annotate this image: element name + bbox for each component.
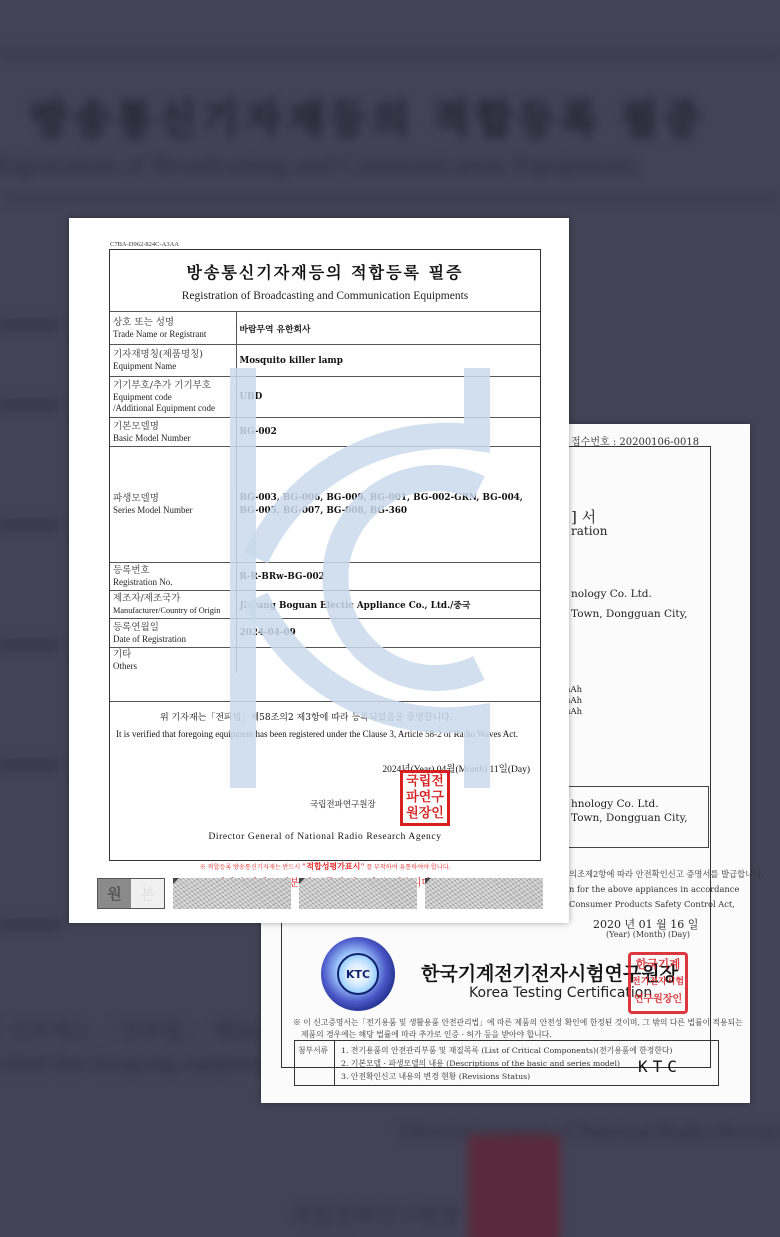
- notice-line: ※ 이 신고증명서는「전기용품 및 생활용품 안전관리법」에 따른 제품의 안전…: [293, 1017, 743, 1028]
- back-subtitle-fragment: ration: [571, 524, 608, 538]
- cert-statement-en: n for the above appiances in accordance: [569, 884, 739, 894]
- dotted-ktc-mark: KTC: [638, 1057, 682, 1076]
- label-en: Series Model Number: [113, 505, 233, 516]
- bg-text: 국립전파연구원장: [290, 1200, 460, 1231]
- title-kr: 방송통신기자재등의 적합등록 필증: [110, 260, 540, 283]
- label-en: Equipment Name: [113, 361, 233, 372]
- label-en: Others: [113, 661, 233, 672]
- seal-line: 원장인: [403, 806, 447, 822]
- bg-line: [0, 760, 60, 770]
- bg-line: [0, 400, 60, 410]
- table-row: 상호 또는 성명Trade Name or Registrant 바람무역 유한…: [110, 312, 540, 345]
- attachment-item: 1. 전기용품의 안전관리부품 및 재질목록 (List of Critical…: [341, 1044, 672, 1057]
- security-pattern: [425, 878, 543, 909]
- bg-title: 방송통신기자재등의 적합등록 필증: [30, 88, 705, 145]
- label-en: Trade Name or Registrant: [113, 329, 233, 340]
- bg-line: [0, 520, 60, 530]
- table-row: 등록연월일Date of Registration 2024-04-09: [110, 619, 540, 648]
- registration-number-value: R-R-BRw-BG-002: [236, 563, 540, 591]
- label-en: /Additional Equipment code: [113, 403, 233, 414]
- bg-subtitle: Registration of Broadcasting and Communi…: [0, 150, 638, 180]
- security-strip: 원 본: [97, 878, 543, 910]
- address-fragment: Town, Dongguan City,: [571, 608, 688, 620]
- basic-model-value: BG-002: [236, 418, 540, 447]
- issue-date-labels: (Year) (Month) (Day): [606, 930, 690, 939]
- attachments-list: 1. 전기용품의 안전관리부품 및 재질목록 (List of Critical…: [335, 1041, 678, 1085]
- box-company: hnology Co. Ltd.: [571, 798, 659, 810]
- certificate-title: 방송통신기자재등의 적합등록 필증 Registration of Broadc…: [110, 250, 540, 302]
- certificate-frame: 방송통신기자재등의 적합등록 필증 Registration of Broadc…: [109, 249, 541, 861]
- label-en: Date of Registration: [113, 634, 233, 645]
- label-en: Basic Model Number: [113, 433, 233, 444]
- registration-details-table: 상호 또는 성명Trade Name or Registrant 바람무역 유한…: [110, 311, 540, 673]
- table-row: 제조자/제조국가Manufacturer/Country of Origin J…: [110, 591, 540, 619]
- label-en: Registration No.: [113, 577, 233, 588]
- series-model-value: BG-003, BG-006, BG-009, BG-001, BG-002-G…: [236, 447, 540, 563]
- others-value: [236, 648, 540, 674]
- label-en: Equipment code: [113, 392, 233, 403]
- bg-text: Director General of National Radio Resea…: [400, 1118, 780, 1144]
- ktc-hologram-seal-icon: KTC: [321, 937, 395, 1011]
- verification-text-kr: 위 기자재는「전파법」제58조의2 제3항에 따라 등록되었음을 증명합니다.: [160, 710, 453, 723]
- ktc-red-stamp: 한국기계 전기전자시험 연구원장인: [628, 952, 688, 1014]
- bg-line: [0, 320, 60, 330]
- verification-text-en: It is verified that foregoing equipment …: [116, 726, 536, 742]
- label-kr: 등록번호: [113, 565, 233, 577]
- title-en: Registration of Broadcasting and Communi…: [110, 290, 540, 302]
- table-row: 기자재명칭(제품명칭)Equipment Name Mosquito kille…: [110, 345, 540, 377]
- bg-line: [0, 640, 60, 650]
- seal-line: 국립전: [403, 774, 447, 790]
- cert-statement-kr: 의조제2항에 따라 안전확인신고 증명서를 발급합니다.: [569, 868, 764, 880]
- bg-divider: [0, 50, 780, 60]
- box-address: Town, Dongguan City,: [571, 812, 688, 824]
- stamp-line: 전기전자시험: [631, 973, 685, 991]
- document-code: C7BA-D962-824C-A3AA: [110, 241, 179, 248]
- label-kr: 기타: [113, 649, 233, 661]
- cert-statement-en: Consumer Products Safety Control Act,: [569, 899, 735, 909]
- table-row: 등록번호Registration No. R-R-BRw-BG-002: [110, 563, 540, 591]
- table-row: 파생모델명Series Model Number BG-003, BG-006,…: [110, 447, 540, 563]
- trade-name-value: 바람무역 유한회사: [236, 312, 540, 345]
- equipment-name-value: Mosquito killer lamp: [236, 345, 540, 377]
- bg-seal: [468, 1135, 560, 1237]
- original-stamp: 원 본: [97, 878, 165, 909]
- manufacturer-value: Jieyang Boguan Electic Appliance Co., Lt…: [236, 591, 540, 619]
- seal-line: 파연구: [403, 790, 447, 806]
- label-kr: 기본모델명: [113, 421, 233, 433]
- label-kr: 기자재명칭(제품명칭): [113, 349, 233, 361]
- attachments-label: 첨부서류: [295, 1041, 335, 1085]
- table-row: 기기부호/추가 기기부호Equipment code/Additional Eq…: [110, 377, 540, 418]
- table-row: 기본모델명Basic Model Number BG-002: [110, 418, 540, 447]
- attachment-item: 3. 안전확인신고 내용의 변경 현황 (Revisions Status): [341, 1070, 672, 1083]
- ktc-logo: KTC: [337, 953, 379, 995]
- label-kr: 제조자/제조국가: [113, 593, 233, 605]
- director-title-en: Director General of National Radio Resea…: [110, 832, 540, 842]
- company-fragment: nology Co. Ltd.: [571, 588, 652, 600]
- director-title-kr: 국립전파연구원장: [310, 798, 376, 810]
- security-pattern: [299, 878, 417, 909]
- security-pattern: [173, 878, 291, 909]
- equipment-code-value: UBD: [236, 377, 540, 418]
- label-kr: 파생모델명: [113, 493, 233, 505]
- stamp-line: 연구원장인: [631, 991, 685, 1009]
- bg-line: [0, 920, 60, 930]
- warning-notice: ※ 적합등록 방송통신기자재는 반드시 "적합성평가표시" 를 부착하여 유통하…: [110, 861, 540, 872]
- bg-divider: [0, 195, 780, 201]
- kc-registration-certificate: C7BA-D962-824C-A3AA 방송통신기자재등의 적합등록 필증 Re…: [69, 218, 569, 923]
- official-red-seal: 국립전 파연구 원장인: [400, 770, 450, 826]
- stamp-line: 한국기계: [631, 955, 685, 973]
- label-kr: 상호 또는 성명: [113, 317, 233, 329]
- label-kr: 기기부호/추가 기기부호: [113, 380, 233, 392]
- issuer-name-en: Korea Testing Certification: [469, 985, 652, 1001]
- registration-date-value: 2024-04-09: [236, 619, 540, 648]
- attachment-item: 2. 기본모델 · 파생모델의 내용 (Descriptions of the …: [341, 1057, 672, 1070]
- notice-line: 제품의 경우에는 해당 법률에 따라 추가로 인증 · 허가 등을 받아야 합니…: [301, 1029, 552, 1040]
- label-en: Manufacturer/Country of Origin: [113, 605, 233, 616]
- table-row: 기타Others: [110, 648, 540, 674]
- label-kr: 등록연월일: [113, 622, 233, 634]
- certificate-statement: 위 기자재는「전파법」제58조의2 제3항에 따라 등록되었음을 증명합니다. …: [110, 701, 540, 862]
